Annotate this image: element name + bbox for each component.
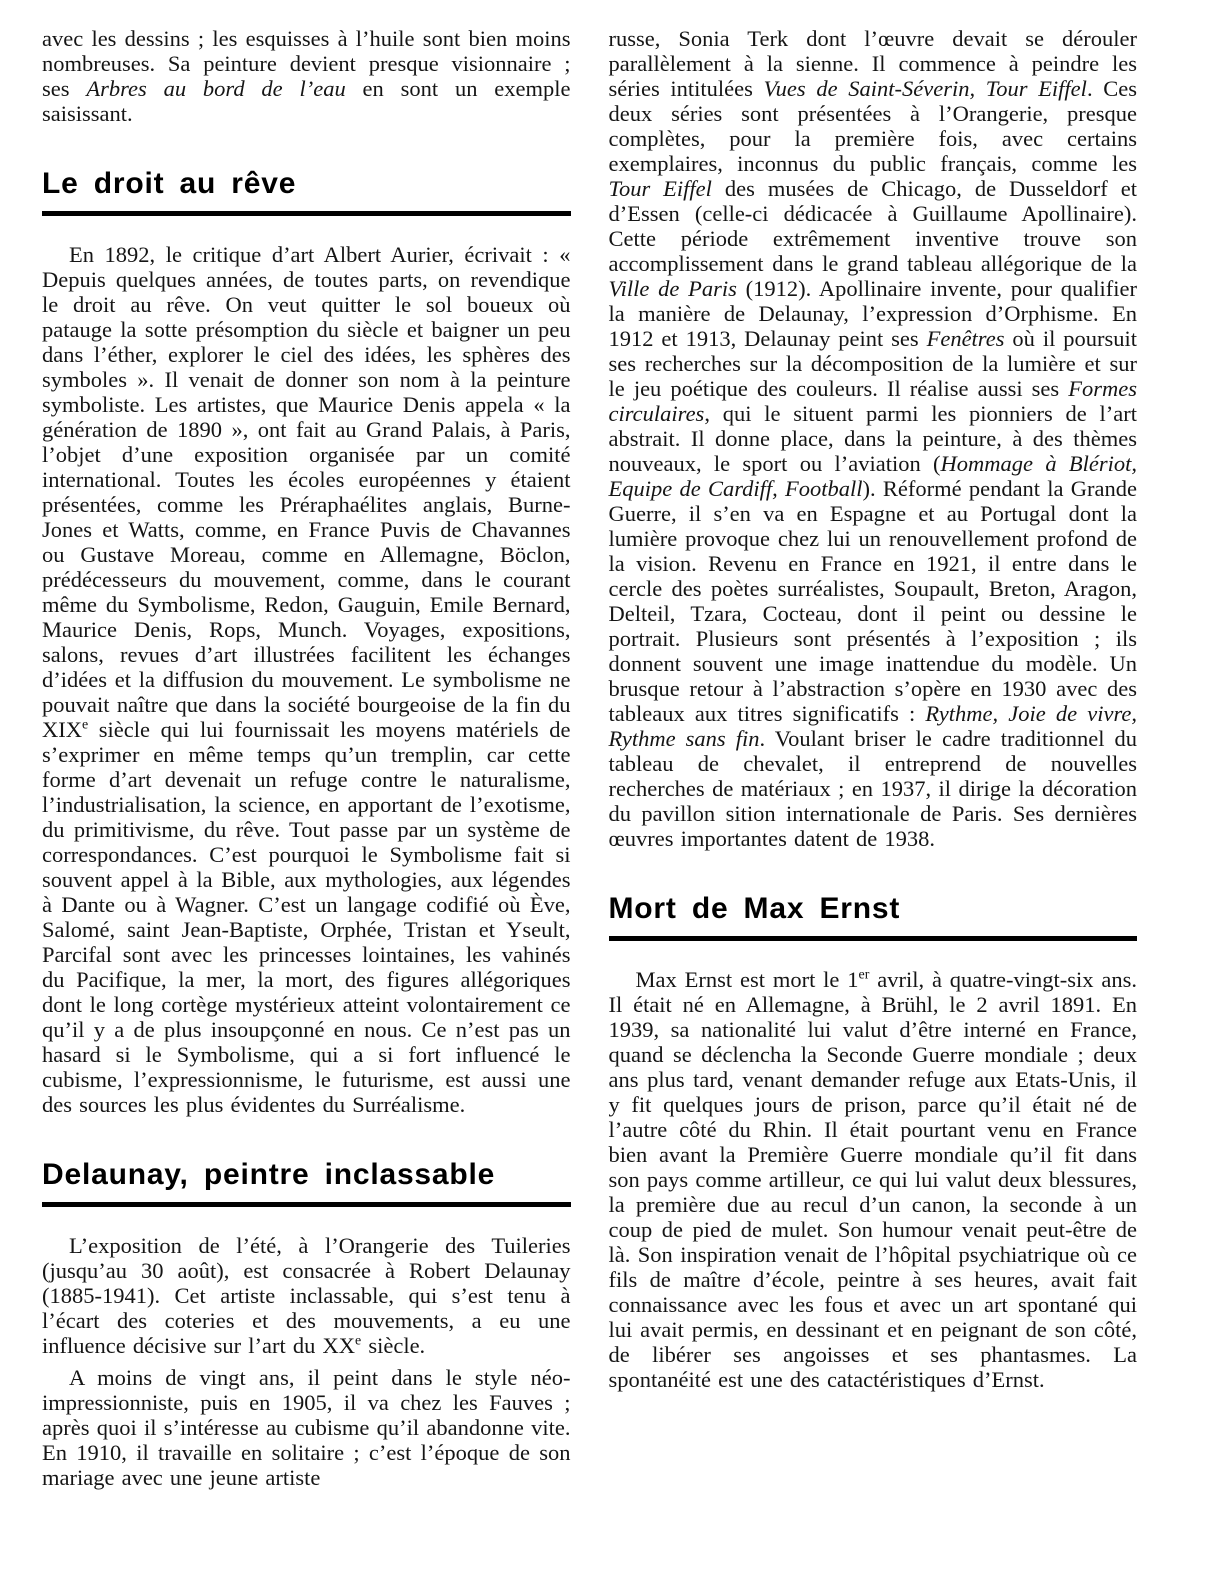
paragraph: avec les dessins ; les esquisses à l’hui… <box>42 26 571 126</box>
section-heading: Mort de Max Ernst <box>609 893 1138 941</box>
text-segment: L’exposition de l’été, à l’Orangerie des… <box>42 1233 571 1358</box>
text-column-left: avec les dessins ; les esquisses à l’hui… <box>42 26 571 1582</box>
printed-article-page: avec les dessins ; les esquisses à l’hui… <box>0 0 1205 1582</box>
text-segment: siècle qui lui fournissait les moyens ma… <box>42 717 571 1117</box>
text-column-right: russe, Sonia Terk dont l’œuvre devait se… <box>609 26 1138 1582</box>
text-segment: ). Réformé pendant la Grande Guerre, il … <box>609 476 1138 726</box>
paragraph: Max Ernst est mort le 1er avril, à quatr… <box>609 967 1138 1392</box>
text-segment: er <box>859 968 870 983</box>
text-segment: avril, à quatre-vingt-six ans. Il était … <box>609 967 1138 1392</box>
section-heading: Le droit au rêve <box>42 168 571 216</box>
text-segment: siècle. <box>361 1333 425 1358</box>
text-segment: Arbres au bord de l’eau <box>86 76 345 101</box>
text-segment: A moins de vingt ans, il peint dans le s… <box>42 1365 571 1490</box>
text-segment: Vues de Saint-Séverin, Tour Eiffel <box>764 76 1087 101</box>
paragraph: En 1892, le critique d’art Albert Aurier… <box>42 242 571 1117</box>
text-segment: Tour Eiffel <box>609 176 712 201</box>
paragraph: L’exposition de l’été, à l’Orangerie des… <box>42 1233 571 1358</box>
text-segment: En 1892, le critique d’art Albert Aurier… <box>42 242 571 742</box>
section-heading: Delaunay, peintre inclassable <box>42 1159 571 1207</box>
text-segment: Max Ernst est mort le 1 <box>636 967 859 992</box>
text-segment: Ville de Paris <box>609 276 737 301</box>
text-segment: Fenêtres <box>927 326 1005 351</box>
paragraph: A moins de vingt ans, il peint dans le s… <box>42 1365 571 1490</box>
paragraph: russe, Sonia Terk dont l’œuvre devait se… <box>609 26 1138 851</box>
